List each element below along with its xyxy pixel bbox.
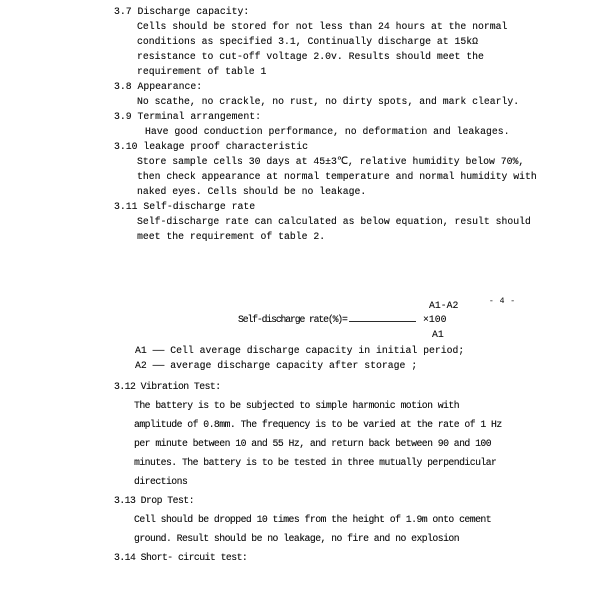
spec-text-line: 3.13 Drop Test:	[0, 491, 600, 510]
page-number: - 4 -	[489, 296, 516, 308]
formula-multiplier: ×100	[423, 314, 447, 326]
spec-text-line: A1 —— Cell average discharge capacity in…	[0, 343, 600, 358]
spec-text-line: ground. Result should be no leakage, no …	[0, 529, 600, 548]
formula-numerator: A1-A2	[429, 300, 458, 312]
formula-definitions: A1 —— Cell average discharge capacity in…	[0, 343, 600, 373]
spec-text-line: The battery is to be subjected to simple…	[0, 396, 600, 415]
spec-text-line: amplitude of 0.8mm. The frequency is to …	[0, 415, 600, 434]
spec-text-line: 3.12 Vibration Test:	[0, 377, 600, 396]
fraction-bar	[349, 321, 416, 322]
spec-text-line: per minute between 10 and 55 Hz, and ret…	[0, 434, 600, 453]
spec-text-line: directions	[0, 472, 600, 491]
formula-lhs: Self-discharge rate(%)=	[238, 314, 347, 326]
spec-text-line: minutes. The battery is to be tested in …	[0, 453, 600, 472]
spec-text-line: A2 —— average discharge capacity after s…	[0, 358, 600, 373]
spec-text-line: 3.14 Short- circuit test:	[0, 548, 600, 567]
document-page: 3.7 Discharge capacity:Cells should be s…	[0, 0, 600, 600]
formula-denominator: A1	[432, 329, 444, 341]
spec-sections-bottom: 3.12 Vibration Test:The battery is to be…	[0, 377, 600, 567]
spec-text-line: Cell should be dropped 10 times from the…	[0, 510, 600, 529]
